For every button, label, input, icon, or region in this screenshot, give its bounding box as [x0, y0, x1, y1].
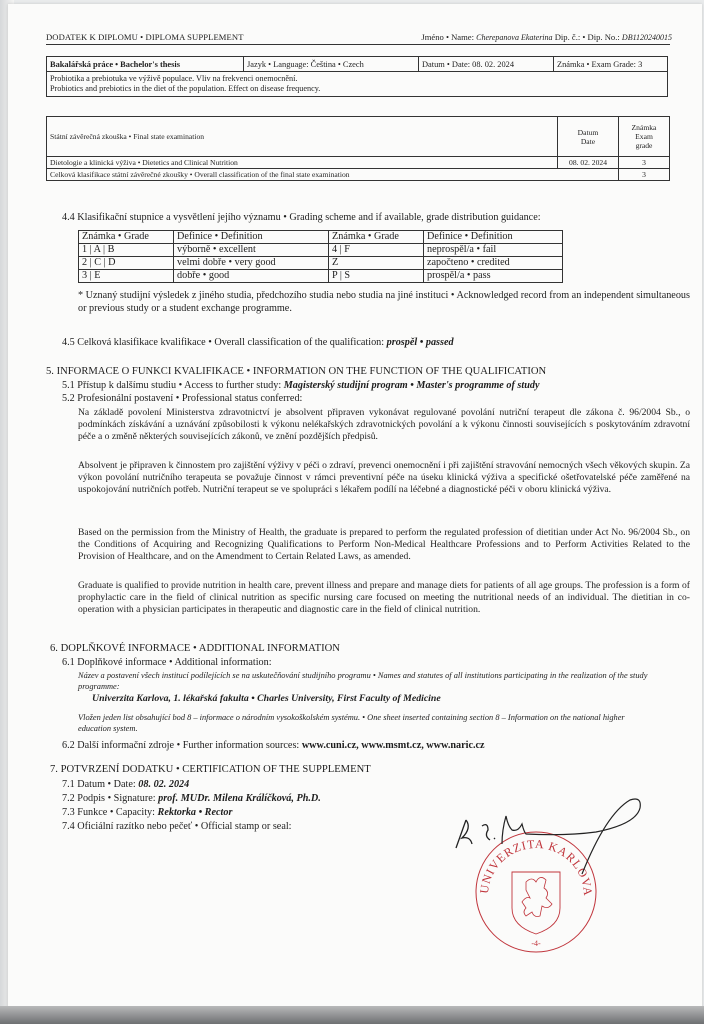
thesis-table: Bakalářská práce • Bachelor's thesis Jaz… [46, 56, 668, 97]
exam-subject: Celková klasifikace státní závěrečné zko… [47, 169, 619, 181]
exam-grade: 3 [619, 157, 670, 169]
definition-cell: výborně • excellent [174, 244, 329, 257]
section-7-2: 7.2 Podpis • Signature: prof. MUDr. Mile… [62, 793, 321, 804]
section-5-1: 5.1 Přístup k dalšímu studiu • Access to… [62, 380, 540, 391]
section-7-heading: 7. POTVRZENÍ DODATKU • CERTIFICATION OF … [50, 764, 371, 775]
certification-date: 08. 02. 2024 [138, 779, 189, 790]
section-5-1-label: 5.1 Přístup k dalšímu studiu • Access to… [62, 380, 281, 391]
thesis-title: Probiotika a prebiotuka ve výživě popula… [47, 72, 668, 97]
thesis-grade: Známka • Exam Grade: 3 [554, 57, 668, 72]
document-title: DODATEK K DIPLOMU • DIPLOMA SUPPLEMENT [46, 32, 244, 42]
section-4-4-label: 4.4 Klasifikační stupnice a vysvětlení j… [62, 212, 692, 223]
definition-cell: prospěl/a • pass [424, 270, 563, 283]
signatory-name: prof. MUDr. Milena Králíčková, Ph.D. [158, 793, 321, 804]
section-5-heading: 5. INFORMACE O FUNKCI KVALIFIKACE • INFO… [46, 366, 546, 377]
institutions-label: Název a postavení všech institucí podíle… [78, 671, 658, 692]
thesis-title-en: Probiotics and prebiotics in the diet of… [50, 84, 664, 94]
grade-cell: 1 | A | B [79, 244, 174, 257]
page-header: DODATEK K DIPLOMU • DIPLOMA SUPPLEMENT J… [46, 32, 670, 45]
grade-cell: Z [329, 257, 424, 270]
svg-text:-4-: -4- [531, 939, 541, 948]
grade-col-header: Známka • Grade [329, 231, 424, 244]
definition-cell: velmi dobře • very good [174, 257, 329, 270]
further-study-value: Magisterský studijní program • Master's … [284, 380, 540, 391]
grading-note: * Uznaný studijní výsledek z jiného stud… [78, 289, 690, 315]
section-7-1-label: 7.1 Datum • Date: [62, 779, 136, 790]
definition-cell: neprospěl/a • fail [424, 244, 563, 257]
inserted-sheet-note: Vložen jeden list obsahující bod 8 – inf… [78, 713, 658, 734]
definition-cell: dobře • good [174, 270, 329, 283]
qualification-result: prospěl • passed [387, 337, 454, 348]
exam-grade: 3 [619, 169, 670, 181]
table-row: 2 | C | D velmi dobře • very good Z zapo… [79, 257, 563, 270]
grade-cell: 3 | E [79, 270, 174, 283]
dip-value: DB1120240015 [622, 33, 672, 42]
thesis-language: Jazyk • Language: Čeština • Czech [244, 57, 419, 72]
section-7-1: 7.1 Datum • Date: 08. 02. 2024 [62, 779, 189, 790]
section-6-2-label: 6.2 Další informační zdroje • Further in… [62, 740, 299, 751]
signature-icon [444, 790, 644, 890]
date-header-en: Date [561, 137, 615, 146]
section-5-2-label: 5.2 Profesionální postavení • Profession… [62, 393, 302, 404]
grade-header-line1: Známka [622, 123, 666, 132]
section-6-2: 6.2 Další informační zdroje • Further in… [62, 740, 485, 751]
grade-header-line2: Exam [622, 132, 666, 141]
name-value: Cherepanova Ekaterina [476, 33, 552, 42]
thesis-type: Bakalářská práce • Bachelor's thesis [47, 57, 244, 72]
professional-status-cz-2: Absolvent je připraven k činnostem pro z… [78, 460, 690, 496]
exam-subject: Dietologie a klinická výživa • Dietetics… [47, 157, 558, 169]
section-7-2-label: 7.2 Podpis • Signature: [62, 793, 156, 804]
section-4-5-label: 4.5 Celková klasifikace kvalifikace • Ov… [62, 337, 384, 348]
section-6-1-label: 6.1 Doplňkové informace • Additional inf… [62, 657, 272, 668]
grade-cell: 2 | C | D [79, 257, 174, 270]
dip-label: Dip. č.: • Dip. No.: [555, 32, 620, 42]
grade-header-line3: grade [622, 141, 666, 150]
thesis-title-cz: Probiotika a prebiotuka ve výživě popula… [50, 74, 664, 84]
section-7-4-label: 7.4 Oficiální razítko nebo pečeť • Offic… [62, 821, 292, 832]
name-label: Jméno • Name: [421, 32, 474, 42]
professional-status-cz-1: Na základě povolení Ministerstva zdravot… [78, 407, 690, 443]
professional-status-en-2: Graduate is qualified to provide nutriti… [78, 580, 690, 616]
grade-header: Známka Exam grade [619, 117, 670, 157]
grade-col-header: Známka • Grade [79, 231, 174, 244]
table-row: Celková klasifikace státní závěrečné zko… [47, 169, 670, 181]
definition-cell: započteno • credited [424, 257, 563, 270]
date-header: Datum Date [558, 117, 619, 157]
date-header-cz: Datum [561, 128, 615, 137]
grade-cell: P | S [329, 270, 424, 283]
grading-scheme-table: Známka • Grade Definice • Definition Zná… [78, 230, 563, 283]
institution-name: Univerzita Karlova, 1. lékařská fakulta … [92, 693, 441, 704]
exam-date: 08. 02. 2024 [558, 157, 619, 169]
holder-info: Jméno • Name: Cherepanova Ekaterina Dip.… [421, 32, 672, 42]
table-row: Dietologie a klinická výživa • Dietetics… [47, 157, 670, 169]
definition-col-header: Definice • Definition [424, 231, 563, 244]
final-exam-table: Státní závěrečná zkouška • Final state e… [46, 116, 670, 181]
definition-col-header: Definice • Definition [174, 231, 329, 244]
thesis-date: Datum • Date: 08. 02. 2024 [419, 57, 554, 72]
scan-bottom-edge [0, 1006, 704, 1024]
grade-cell: 4 | F [329, 244, 424, 257]
section-6-heading: 6. DOPLŇKOVÉ INFORMACE • ADDITIONAL INFO… [50, 643, 340, 654]
signatory-capacity: Rektorka • Rector [158, 807, 233, 818]
section-4-5: 4.5 Celková klasifikace kvalifikace • Ov… [62, 337, 454, 348]
section-7-3: 7.3 Funkce • Capacity: Rektorka • Rector [62, 807, 232, 818]
table-row: 1 | A | B výborně • excellent 4 | F nepr… [79, 244, 563, 257]
professional-status-en-1: Based on the permission from the Ministr… [78, 527, 690, 563]
final-exam-heading: Státní závěrečná zkouška • Final state e… [47, 117, 558, 157]
section-7-3-label: 7.3 Funkce • Capacity: [62, 807, 155, 818]
table-row: 3 | E dobře • good P | S prospěl/a • pas… [79, 270, 563, 283]
information-sources-links: www.cuni.cz, www.msmt.cz, www.naric.cz [302, 740, 485, 751]
